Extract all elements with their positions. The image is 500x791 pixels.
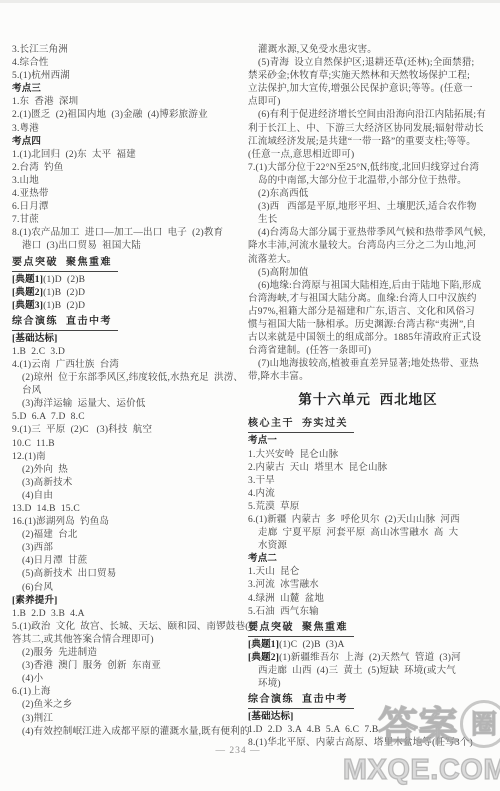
section-banner-text: 综合演练 直击中考: [248, 692, 354, 709]
answer-line: 1.B 2.D 3.B 4.A: [12, 608, 244, 621]
section-banner: 要点突破 聚焦重难: [12, 255, 244, 272]
answer-line: 台湾海峡,才与祖国大陆分离。血缘:台湾人口中汉族约: [248, 293, 488, 306]
answer-line: (5)高附加值: [258, 267, 488, 280]
answer-line: 生长: [258, 214, 488, 227]
answer-line: 禁采砂金;休牧育草;实施天然林和天然牧场保护工程;: [248, 70, 488, 83]
answer-line: [典题1](1)C (2)B (3)A: [248, 639, 488, 652]
answer-line: 岛的中南部,大部分位于北温带,小部分位于热带。: [258, 175, 488, 188]
scan-artifact-line: [0, 0, 500, 3]
answer-line: 2.(1)匮乏 (2)祖国内地 (3)金融 (4)博彩旅游业: [12, 109, 244, 122]
answer-line: 古以来就是中国领土的组成部分。1885年清政府正式设: [248, 332, 488, 345]
answer-line: (3)西部: [22, 542, 244, 555]
answer-line: 带,降水丰富。: [248, 371, 488, 384]
answer-line: 3.粤港: [12, 123, 244, 136]
answer-line: 1.D 2.D 3.A 4.B 5.A 6.C 7.B: [248, 724, 488, 737]
answer-line: (3)海洋运输 运量大、运价低: [22, 398, 244, 411]
answer-line: 4.(1)云南 广西壮族 台湾: [12, 359, 244, 372]
answer-line: 1.天山 昆仑: [248, 566, 488, 579]
answer-line: 1.东 香港 深圳: [12, 96, 244, 109]
section-banner: 核心主干 夯实过关: [248, 416, 488, 433]
answer-line: (6)地缘:台湾原与祖国大陆相连,后由于陆地下陷,形成: [258, 280, 488, 293]
answer-line: 5.石油 西气东输: [248, 606, 488, 619]
answer-line: 9.(1)三 平原 (2)C (3)科技 航空: [12, 424, 244, 437]
page-number: — 234 —: [0, 746, 476, 756]
example-label: [典题1]: [12, 275, 43, 285]
answer-line: (2)外向 热: [22, 464, 244, 477]
answer-line: 1.大兴安岭 昆仑山脉: [248, 449, 488, 462]
answer-line: 惯与祖国大陆一脉相承。历史渊源:台湾古称“夷洲”,自: [248, 319, 488, 332]
answer-line: 5.荒漠 草原: [248, 501, 488, 514]
section-banner-text: 要点突破 聚焦重难: [248, 620, 354, 637]
answer-line: (2)东高西低: [258, 188, 488, 201]
subheading-line: [素养提升]: [12, 595, 244, 608]
answer-line: (任意一点,意思相近即可): [248, 149, 488, 162]
subheading-line: [基础达标]: [248, 711, 488, 724]
answer-line: 走廊 宁夏平原 河套平原 高山冰雪融水 高 大: [258, 527, 488, 540]
answer-line: (6)台风: [22, 582, 244, 595]
answer-line: 2.台湾 钓鱼: [12, 162, 244, 175]
unit-title: 第十六单元 西北地区: [248, 388, 488, 414]
answer-line: 1.B 2.C 3.D: [12, 346, 244, 359]
subheading-line: 考点四: [12, 136, 244, 149]
answer-line: [典题2](1)B (2)D: [12, 287, 244, 300]
answer-line: 7.(1)大部分位于22°N至25°N,低纬度,北回归线穿过台湾: [248, 162, 488, 175]
section-banner: 综合演练 直击中考: [12, 314, 244, 331]
answer-line: 利于长江上、中、下游三大经济区协同发展;辐射带动长: [248, 123, 488, 136]
answer-line: (4)台湾岛大部分属于亚热带季风气候和热带季风气候,: [258, 227, 488, 240]
answer-line: 10.C 11.B: [12, 438, 244, 451]
section-banner: 综合演练 直击中考: [248, 692, 488, 709]
answer-line: 5.(1)政治 文化 故宫、长城、天坛、颐和园、南锣鼓巷(任: [12, 621, 244, 634]
answer-line: 灌溉水源,又免受水患灾害。: [258, 44, 488, 57]
answer-line: (3)高新技术: [22, 477, 244, 490]
answer-line: 答其二,或其他答案合情合理即可): [12, 634, 244, 647]
answer-line: (5)高新技术 出口贸易: [22, 568, 244, 581]
answer-line: 16.(1)澎湖列岛 钓鱼岛: [12, 516, 244, 529]
answer-line: 3.长江三角洲: [12, 44, 244, 57]
answer-line: 4.绿洲 山麓 盆地: [248, 593, 488, 606]
answer-line: (3)荆江: [22, 713, 244, 726]
answer-line: (7)山地海拔较高,植被垂直差异显著;地处热带、亚热: [258, 358, 488, 371]
answer-line: (2)鱼米之乡: [22, 699, 244, 712]
answer-line: (3)西 西部是平原,地形平坦、土壤肥沃,适合农作物: [258, 201, 488, 214]
answer-line: 13.D 14.B 15.C: [12, 503, 244, 516]
left-column: 3.长江三角洲4.综合性5.(1)杭州西湖考点三1.东 香港 深圳2.(1)匮乏…: [12, 44, 244, 739]
answer-line: 降水丰沛,河流水量较大。台湾岛内三分之二为山地,河: [248, 240, 488, 253]
answer-line: 5.(1)杭州西湖: [12, 70, 244, 83]
answer-line: 3.河流 冰雪融水: [248, 579, 488, 592]
watermark-site-url: MXQE.COM: [343, 754, 500, 787]
example-label: [典题2]: [12, 288, 43, 298]
answer-line: 6.(1)新疆 内蒙古 多 呼伦贝尔 (2)天山山脉 河西: [248, 514, 488, 527]
answer-line: 4.综合性: [12, 57, 244, 70]
section-banner: 要点突破 聚焦重难: [248, 620, 488, 637]
answer-line: (2)福建 台北: [22, 529, 244, 542]
answer-line: 7.甘蔗: [12, 214, 244, 227]
answer-line: 4.内流: [248, 488, 488, 501]
answer-line: (4)有效控制岷江进入成都平原的灌溉水量,既有便利的: [22, 726, 244, 739]
answer-line: (2)琼州 位于东部季风区,纬度较低,水热充足 洪涝、: [22, 372, 244, 385]
example-label: [典题3]: [12, 301, 43, 311]
section-banner-text: 综合演练 直击中考: [12, 314, 118, 331]
answer-line: 港口 (3)出口贸易 祖国大陆: [22, 240, 244, 253]
answer-line: 点即可): [248, 96, 488, 109]
answer-line: 6.(1)上海: [12, 686, 244, 699]
answer-line: 1.(1)北回归 (2)东 太平 福建: [12, 149, 244, 162]
answer-line: (4)自由: [22, 490, 244, 503]
subheading-line: 考点三: [12, 83, 244, 96]
answer-line: 4.亚热带: [12, 188, 244, 201]
answer-line: [典题1](1)D (2)B: [12, 274, 244, 287]
subheading-line: 考点二: [248, 553, 488, 566]
answer-line: 3.干旱: [248, 475, 488, 488]
example-label: [典题2]: [248, 653, 279, 663]
answer-line: (3)香港 澳门 服务 创新 东南亚: [22, 660, 244, 673]
answer-line: 水资源: [258, 540, 488, 553]
answer-line: [典题3](1)B (2)D: [12, 300, 244, 313]
answer-line: 8.(1)农产品加工 进口—加工—出口 电子 (2)教育: [12, 227, 244, 240]
answer-line: 12.(1)南: [12, 451, 244, 464]
answer-line: 2.内蒙古 天山 塔里木 昆仑山脉: [248, 462, 488, 475]
section-banner-text: 核心主干 夯实过关: [248, 416, 354, 433]
right-column: 灌溉水源,又免受水患灾害。(5)青海 设立自然保护区;退耕还草(还林);全面禁猎…: [248, 44, 488, 750]
subheading-line: 考点一: [248, 435, 488, 448]
section-banner-text: 要点突破 聚焦重难: [12, 255, 118, 272]
answer-line: 江流域经济发展;是共建“一带一路”的重要支柱;等等。: [248, 136, 488, 149]
answer-line: 环境): [258, 678, 488, 691]
answer-line: 5.D 6.A 7.D 8.C: [12, 411, 244, 424]
answer-line: 占97%,祖籍大部分是福建和广东,语言、文化和风俗习: [248, 306, 488, 319]
answer-line: [典题2](1)新疆维吾尔 上海 (2)天然气 管道 (3)河: [248, 652, 488, 665]
answer-line: 立法保护,加大宣传,增强公民保护意识;等等。(任意一: [248, 83, 488, 96]
example-label: [典题1]: [248, 640, 279, 650]
answer-line: (5)青海 设立自然保护区;退耕还草(还林);全面禁猎;: [258, 57, 488, 70]
answer-line: 3.山地: [12, 175, 244, 188]
answer-line: (6)有利于促进经济增长空间由沿海向沿江内陆拓展;有: [258, 109, 488, 122]
answer-line: 西走廊 山西 (4)三 黄土 (5)短缺 环境(或大气: [258, 665, 488, 678]
answer-line: 台风: [22, 385, 244, 398]
answer-line: (4)小: [22, 673, 244, 686]
answer-line: 流落差大。: [248, 254, 488, 267]
answer-line: 6.日月潭: [12, 201, 244, 214]
answer-line: 台湾省建制。(任答一条即可): [248, 345, 488, 358]
answer-line: (2)服务 先进制造: [22, 647, 244, 660]
subheading-line: [基础达标]: [12, 333, 244, 346]
answer-line: (4)日月潭 甘蔗: [22, 555, 244, 568]
